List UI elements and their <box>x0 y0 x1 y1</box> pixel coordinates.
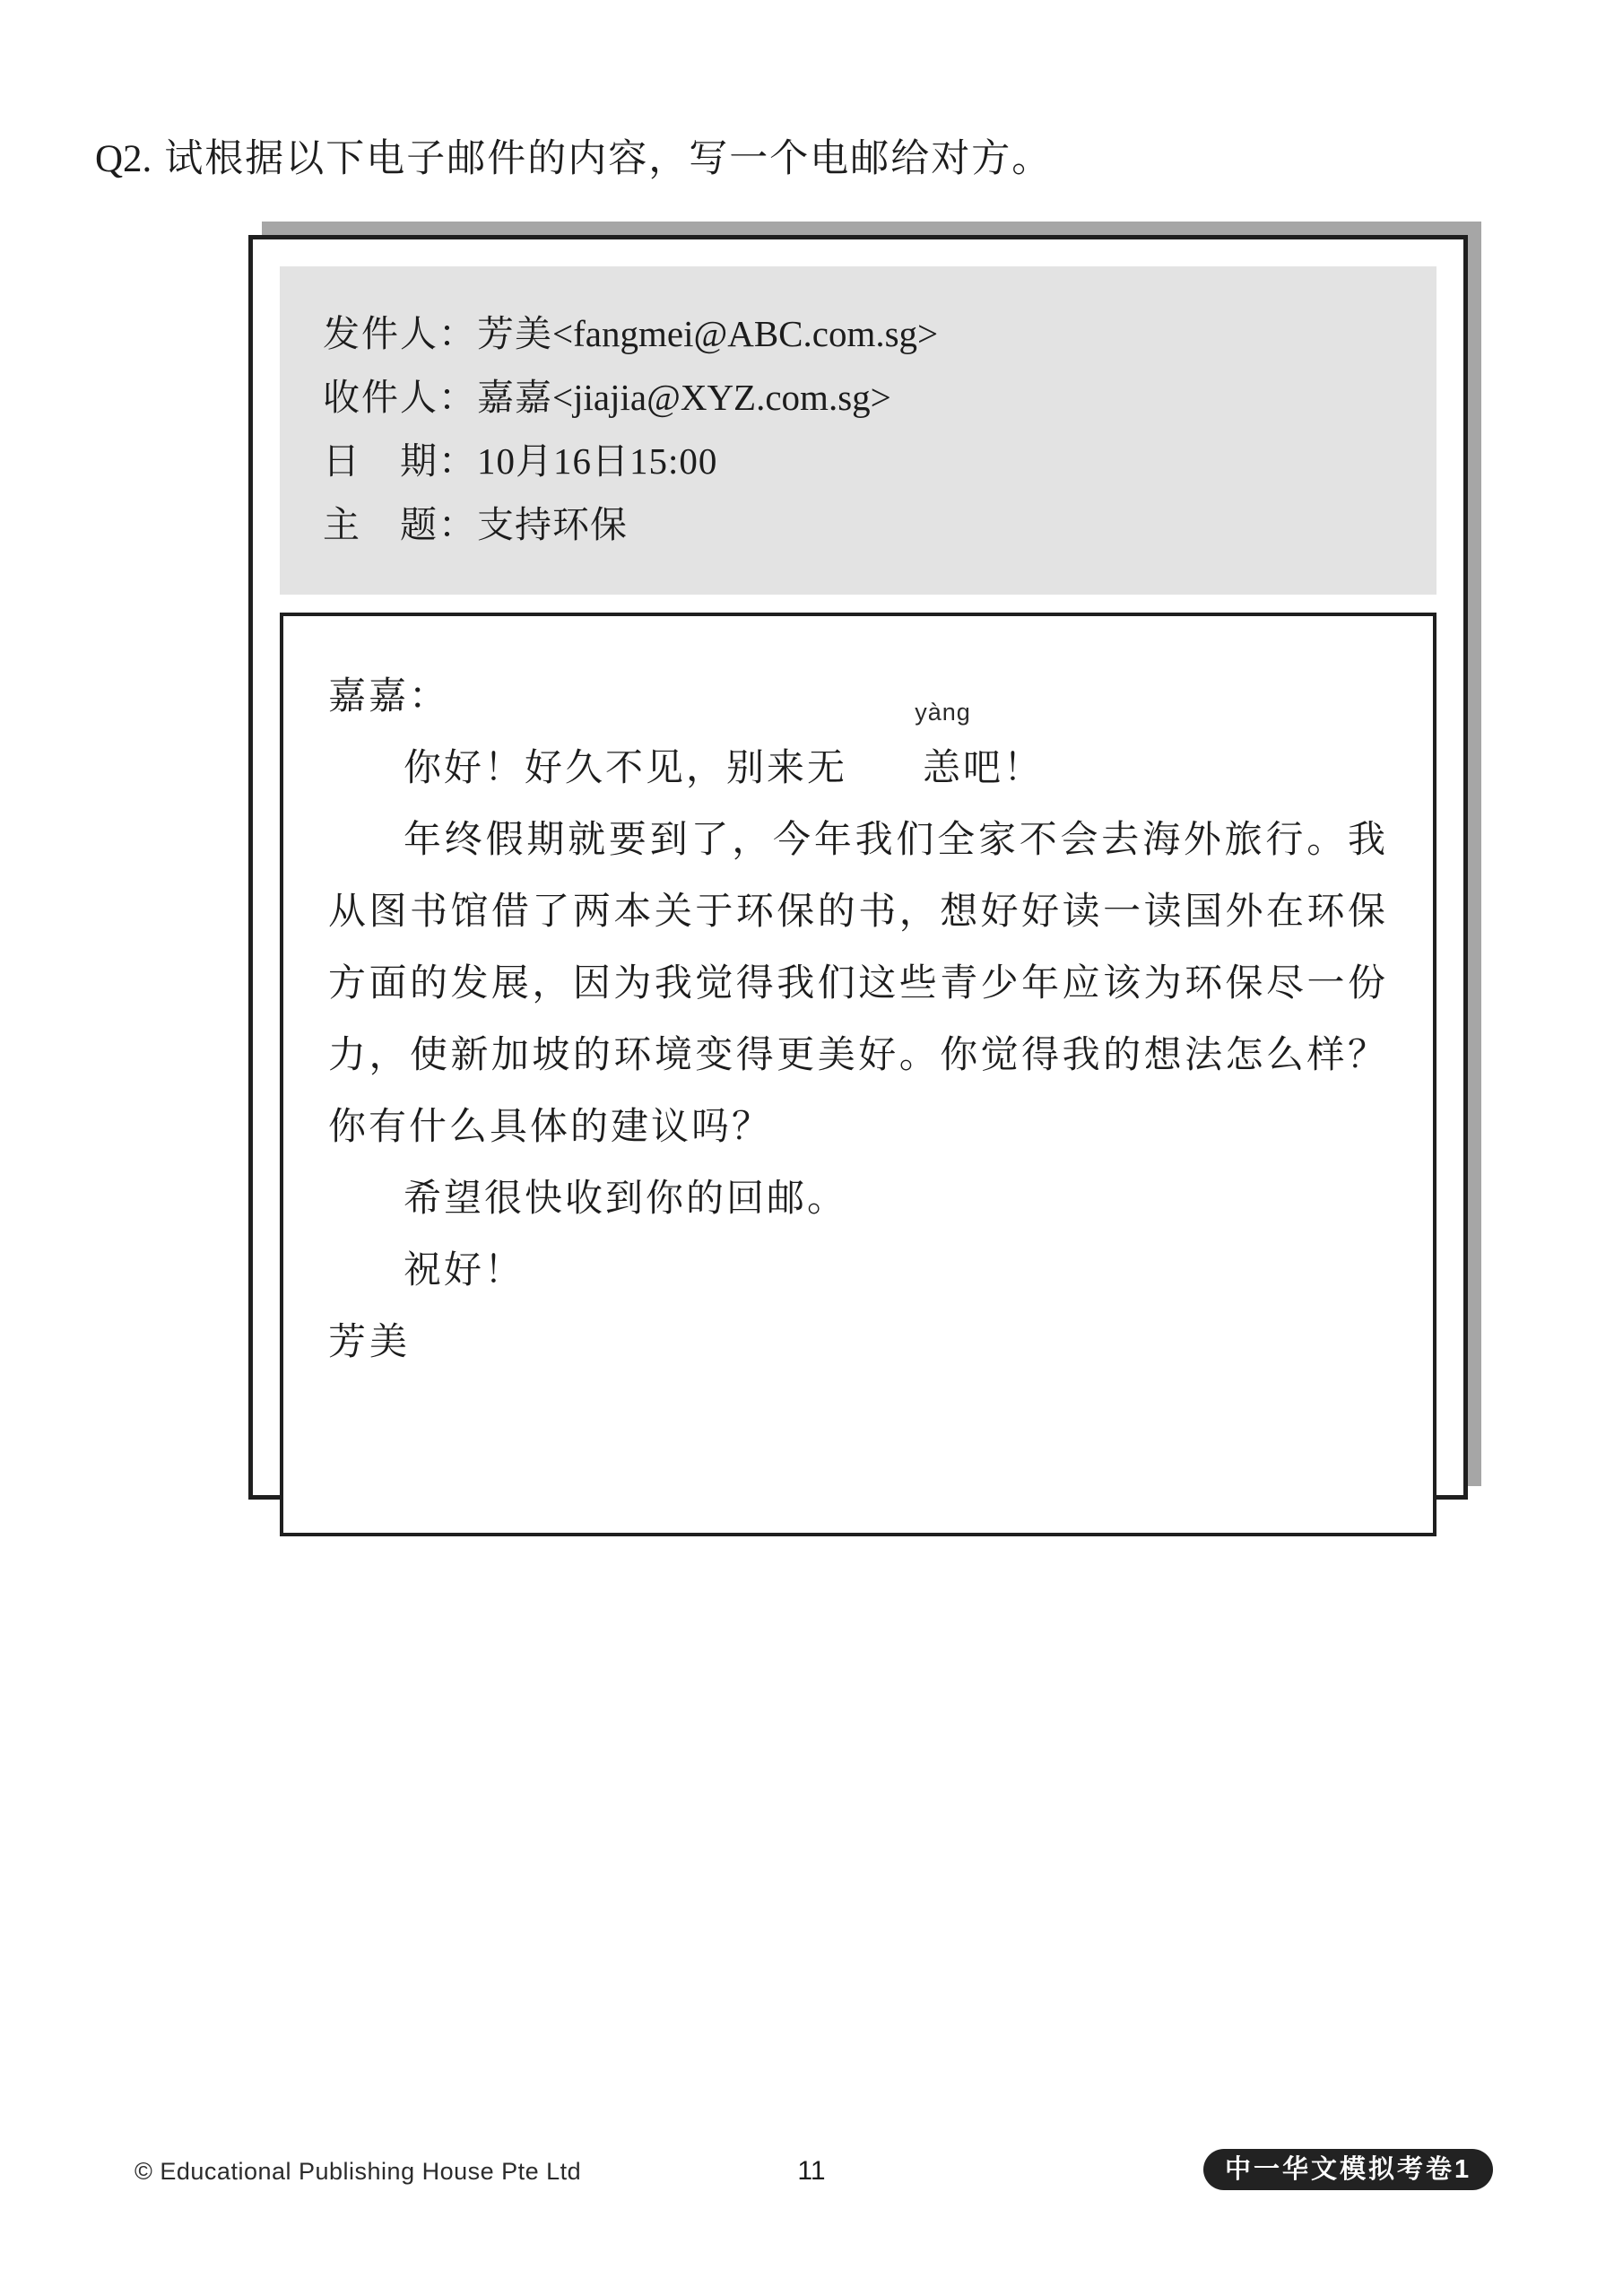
from-name: 芳美 <box>477 313 552 354</box>
date-value: 10月16日15:00 <box>477 440 717 482</box>
from-label: 发件人： <box>323 313 477 354</box>
closing-wish: 祝好！ <box>328 1235 1388 1307</box>
email-subject-row: 主 题：支持环保 <box>323 493 1393 557</box>
question-text: 试根据以下电子邮件的内容，写一个电邮给对方。 <box>164 138 1052 180</box>
question-number: Q2. <box>95 138 152 180</box>
exam-series-badge: 中一华文模拟考卷1 <box>1203 2149 1493 2190</box>
annotated-character: yàng恙 <box>847 733 963 804</box>
opening-line-pre: 你好！好久不见，别来无 <box>404 748 847 789</box>
email-to-row: 收件人：嘉嘉<jiajia@XYZ.com.sg> <box>323 366 1393 430</box>
annotated-character-glyph: 恙 <box>923 748 963 789</box>
from-address: <fangmei@ABC.com.sg> <box>552 313 938 354</box>
copyright-notice: © Educational Publishing House Pte Ltd <box>135 2158 581 2186</box>
email-body: 嘉嘉： 你好！好久不见，别来无yàng恙吧！ 年终假期就要到了，今年我们全家不会… <box>280 613 1436 1536</box>
email-from-row: 发件人：芳美<fangmei@ABC.com.sg> <box>323 302 1393 366</box>
page-number: 11 <box>797 2156 825 2187</box>
opening-line: 你好！好久不见，别来无yàng恙吧！ <box>328 733 1388 804</box>
to-name: 嘉嘉 <box>477 377 552 418</box>
subject-label: 主 题： <box>323 504 477 545</box>
email-metadata-header: 发件人：芳美<fangmei@ABC.com.sg> 收件人：嘉嘉<jiajia… <box>280 266 1436 595</box>
reply-request-line: 希望很快收到你的回邮。 <box>328 1163 1388 1235</box>
email-card: 发件人：芳美<fangmei@ABC.com.sg> 收件人：嘉嘉<jiajia… <box>248 235 1468 1500</box>
opening-line-post: 吧！ <box>963 748 1044 789</box>
to-address: <jiajia@XYZ.com.sg> <box>552 377 891 418</box>
pinyin-annotation: yàng <box>839 700 971 725</box>
to-label: 收件人： <box>323 377 477 418</box>
main-paragraph: 年终假期就要到了，今年我们全家不会去海外旅行。我从图书馆借了两本关于环保的书，想… <box>328 804 1388 1163</box>
subject-value: 支持环保 <box>477 504 628 545</box>
date-label: 日 期： <box>323 440 477 482</box>
question-line: Q2.试根据以下电子邮件的内容，写一个电邮给对方。 <box>95 135 1052 185</box>
email-date-row: 日 期：10月16日15:00 <box>323 430 1393 493</box>
sender-signature: 芳美 <box>328 1307 1388 1378</box>
